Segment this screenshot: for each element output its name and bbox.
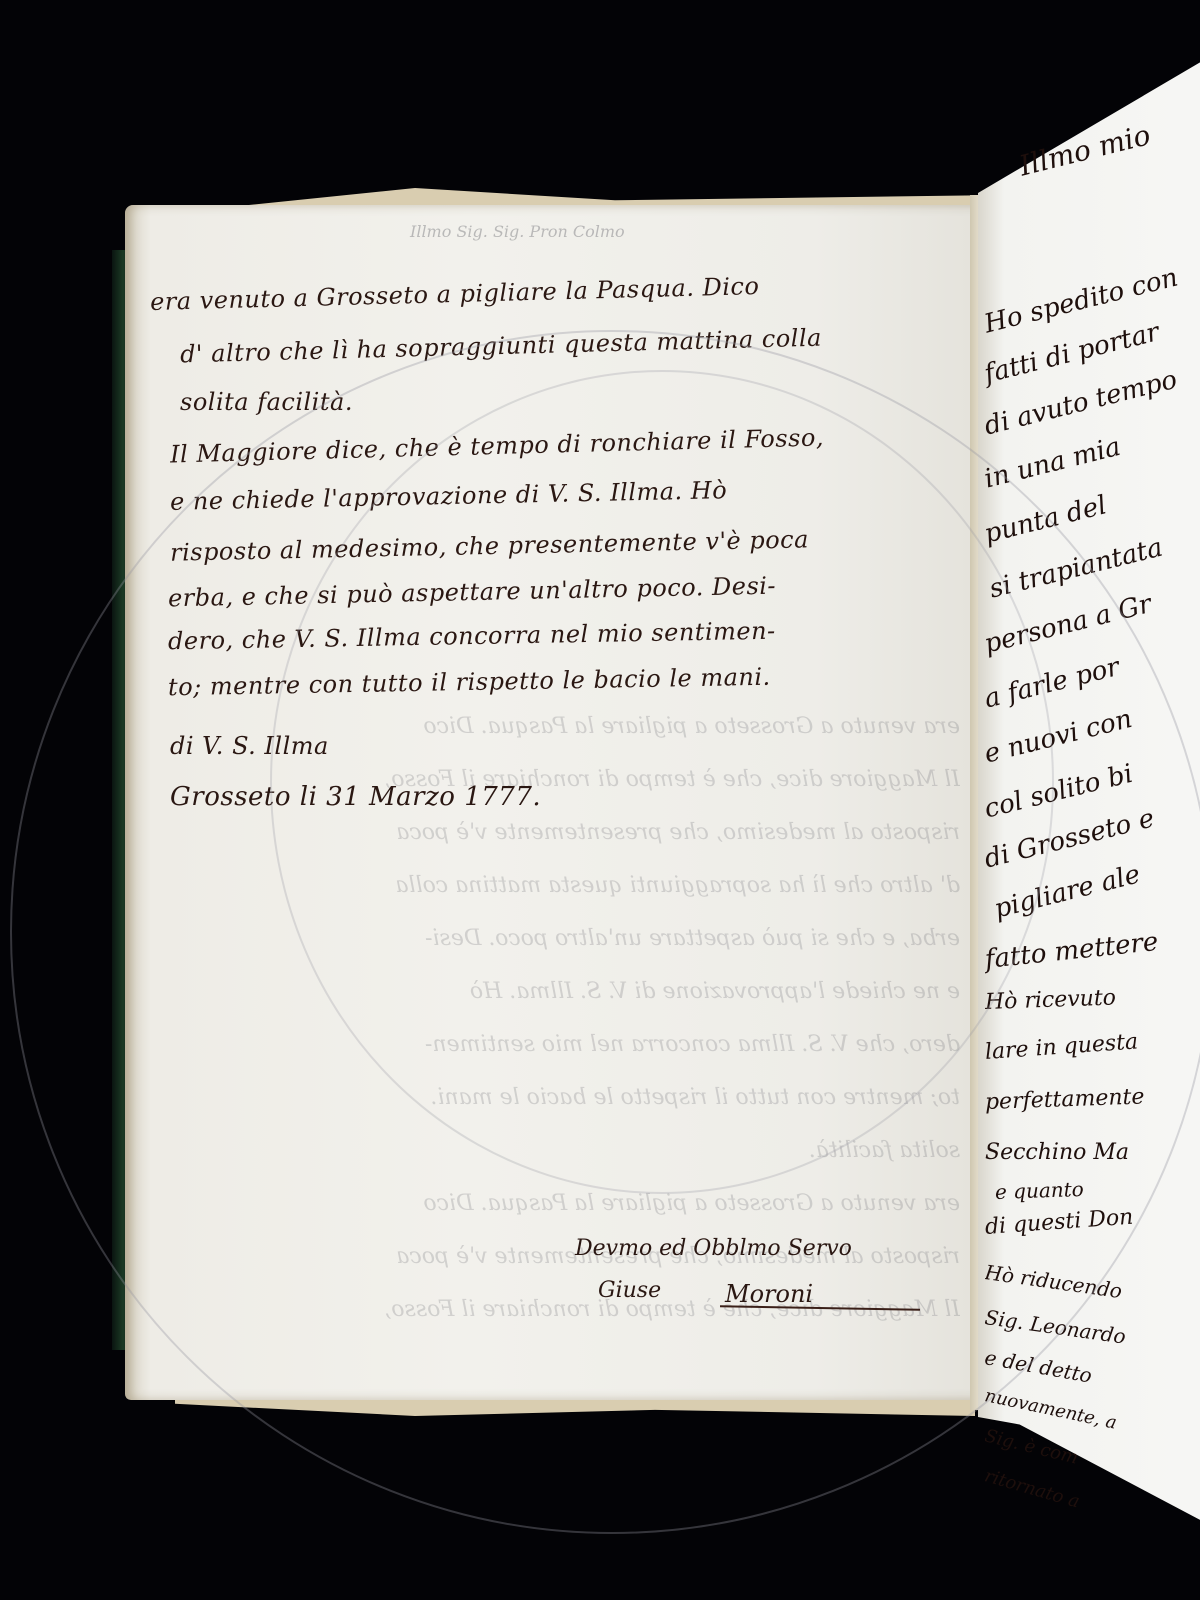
date-line: Grosseto li 31 Marzo 1777. [170, 782, 541, 812]
right-line: punta del [985, 490, 1110, 549]
photo-scene: Illmo Sig. Sig. Pron Colmo era venuto a … [0, 0, 1200, 1600]
closing-formula: Devmo ed Obblmo Servo [575, 1236, 852, 1261]
right-salutation: Illmo mio [1016, 120, 1154, 183]
faint-header-text: Illmo Sig. Sig. Pron Colmo [410, 222, 625, 241]
right-line: di questi Don [985, 1205, 1134, 1240]
letter-line: di V. S. Illma [170, 732, 329, 760]
right-line: Sig. è com [985, 1425, 1080, 1468]
letter-line: solita facilità. [180, 388, 353, 416]
right-line: in una mia [985, 432, 1124, 495]
right-line: ritornato a [985, 1465, 1082, 1512]
right-line: fatto mettere [985, 927, 1160, 975]
right-line: Sig. Leonardo [985, 1305, 1127, 1349]
right-line: e del detto [985, 1345, 1094, 1387]
signature-first-name: Giuse [598, 1278, 661, 1303]
right-line: pigliare ale [991, 859, 1143, 924]
right-page-text: Illmo mio Ho spedito con fatti di portar… [985, 120, 1200, 1520]
right-line: lare in questa [985, 1029, 1139, 1065]
right-line: e nuovi con [985, 704, 1135, 770]
right-line: e quanto [995, 1177, 1085, 1204]
signature-surname: Moroni [725, 1280, 813, 1308]
right-line: Hò ricevuto [985, 985, 1116, 1015]
right-line: a farle por [985, 652, 1123, 714]
right-line: perfettamente [985, 1084, 1145, 1115]
right-line: Secchino Ma [985, 1140, 1129, 1165]
right-line: Hò riducendo [985, 1260, 1124, 1303]
right-line: nuovamente, a [985, 1385, 1119, 1433]
